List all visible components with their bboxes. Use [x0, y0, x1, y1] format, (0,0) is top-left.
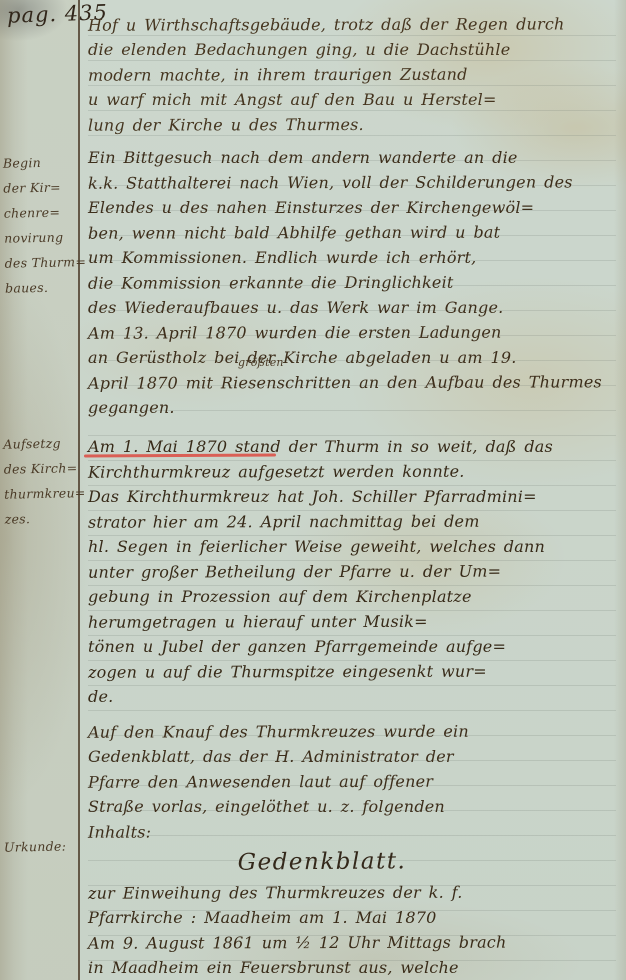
section-heading-gedenkblatt: Gedenkblatt.	[58, 842, 586, 883]
main-text-column: Hof u Wirthschaftsgebäude, trotz daß der…	[88, 12, 616, 980]
margin-note-line: thurmkreu=	[4, 481, 76, 507]
text-line: herumgetragen u hierauf unter Musik=	[88, 608, 616, 634]
text-line: Straße vorlas, eingelöthet u. z. folgend…	[88, 794, 616, 819]
text-line: an Gerüstholz bei der Kirche abgeladen u…	[88, 345, 616, 370]
text-line: Gedenkblatt, das der H. Administrator de…	[88, 744, 616, 769]
margin-note-line: der Kir=	[3, 176, 75, 202]
text-line: tönen u Jubel der ganzen Pfarrgemeinde a…	[88, 634, 616, 659]
text-line: Ein Bittgesuch nach dem andern wanderte …	[88, 145, 616, 170]
margin-note-line: des Kirch=	[4, 456, 76, 482]
text-line: de.	[88, 684, 616, 709]
text-line: zur Einweihung des Thurmkreuzes der k. f…	[88, 879, 616, 905]
text-line: Kirchthurmkreuz aufgesetzt werden konnte…	[88, 458, 616, 484]
margin-note-line: zes.	[4, 506, 76, 532]
text-line: die Kommission erkannte die Dringlichkei…	[88, 269, 616, 295]
margin-note-line: chenre=	[4, 201, 76, 227]
text-line: Hof u Wirthschaftsgebäude, trotz daß der…	[88, 11, 616, 37]
margin-note-line: Begin	[3, 151, 75, 177]
text-line: Elendes u des nahen Einsturzes der Kirch…	[88, 195, 616, 220]
text-line: lung der Kirche u des Thurmes.	[88, 111, 616, 137]
margin-note-line: Aufsetzg	[3, 431, 75, 457]
paragraph-memorial-sheet: Auf den Knauf des Thurmkreuzes wurde ein…	[88, 719, 616, 844]
text-line: hl. Segen in feierlicher Weise geweiht, …	[88, 534, 616, 559]
margin-note-tower-construction: Begin der Kir= chenre= novirung des Thur…	[3, 151, 78, 302]
margin-note-cross-mounting: Aufsetzg des Kirch= thurmkreu= zes.	[3, 431, 77, 532]
text-line: k.k. Statthalterei nach Wien, voll der S…	[88, 169, 616, 195]
paragraph-petitions-and-rebuild: größten Ein Bittgesuch nach dem andern w…	[88, 145, 616, 420]
paragraph-cross-consecration: Am 1. Mai 1870 stand der Thurm in so wei…	[88, 434, 616, 709]
text-line: unter großer Betheilung der Pfarre u. de…	[88, 558, 616, 584]
margin-note-line: baues.	[5, 276, 77, 302]
text-line: modern machte, in ihrem traurigen Zustan…	[88, 61, 616, 87]
margin-note-line: novirung	[4, 226, 76, 252]
text-line: strator hier am 24. April nachmittag bei…	[88, 508, 616, 534]
text-line: Das Kirchthurmkreuz hat Joh. Schiller Pf…	[88, 484, 616, 509]
text-line: u warf mich mit Angst auf den Bau u Hers…	[88, 87, 616, 112]
interlinear-insertion: größten	[238, 357, 284, 368]
text-line: gegangen.	[88, 395, 616, 420]
text-line: in Maadheim ein Feuersbrunst aus, welche	[88, 955, 616, 980]
text-line: die elenden Bedachungen ging, u die Dach…	[88, 37, 616, 62]
text-line: Auf den Knauf des Thurmkreuzes wurde ein	[88, 718, 616, 744]
text-line: April 1870 mit Riesenschritten an den Au…	[88, 369, 616, 395]
paragraph-buildings-condition: Hof u Wirthschaftsgebäude, trotz daß der…	[88, 12, 616, 137]
text-line: um Kommissionen. Endlich wurde ich erhör…	[88, 245, 616, 270]
text-line: gebung in Prozession auf dem Kirchenplat…	[88, 584, 616, 609]
text-line: Inhalts:	[88, 818, 616, 844]
paragraph-dedication-text: zur Einweihung des Thurmkreuzes der k. f…	[88, 880, 616, 980]
margin-note-line: des Thurm=	[4, 251, 76, 277]
text-line: Pfarre den Anwesenden laut auf offener	[88, 768, 616, 794]
text-line: ben, wenn nicht bald Abhilfe gethan wird…	[88, 219, 616, 245]
text-line: Am 13. April 1870 wurden die ersten Ladu…	[88, 319, 616, 345]
text-line: Am 9. August 1861 um ½ 12 Uhr Mittags br…	[88, 929, 616, 955]
text-line: Pfarrkirche : Maadheim am 1. Mai 1870	[88, 905, 616, 930]
text-line: zogen u auf die Thurmspitze eingesenkt w…	[88, 658, 616, 684]
manuscript-page: pag. 435 Begin der Kir= chenre= novirung…	[0, 0, 626, 980]
text-line: des Wiederaufbaues u. das Werk war im Ga…	[88, 295, 616, 320]
